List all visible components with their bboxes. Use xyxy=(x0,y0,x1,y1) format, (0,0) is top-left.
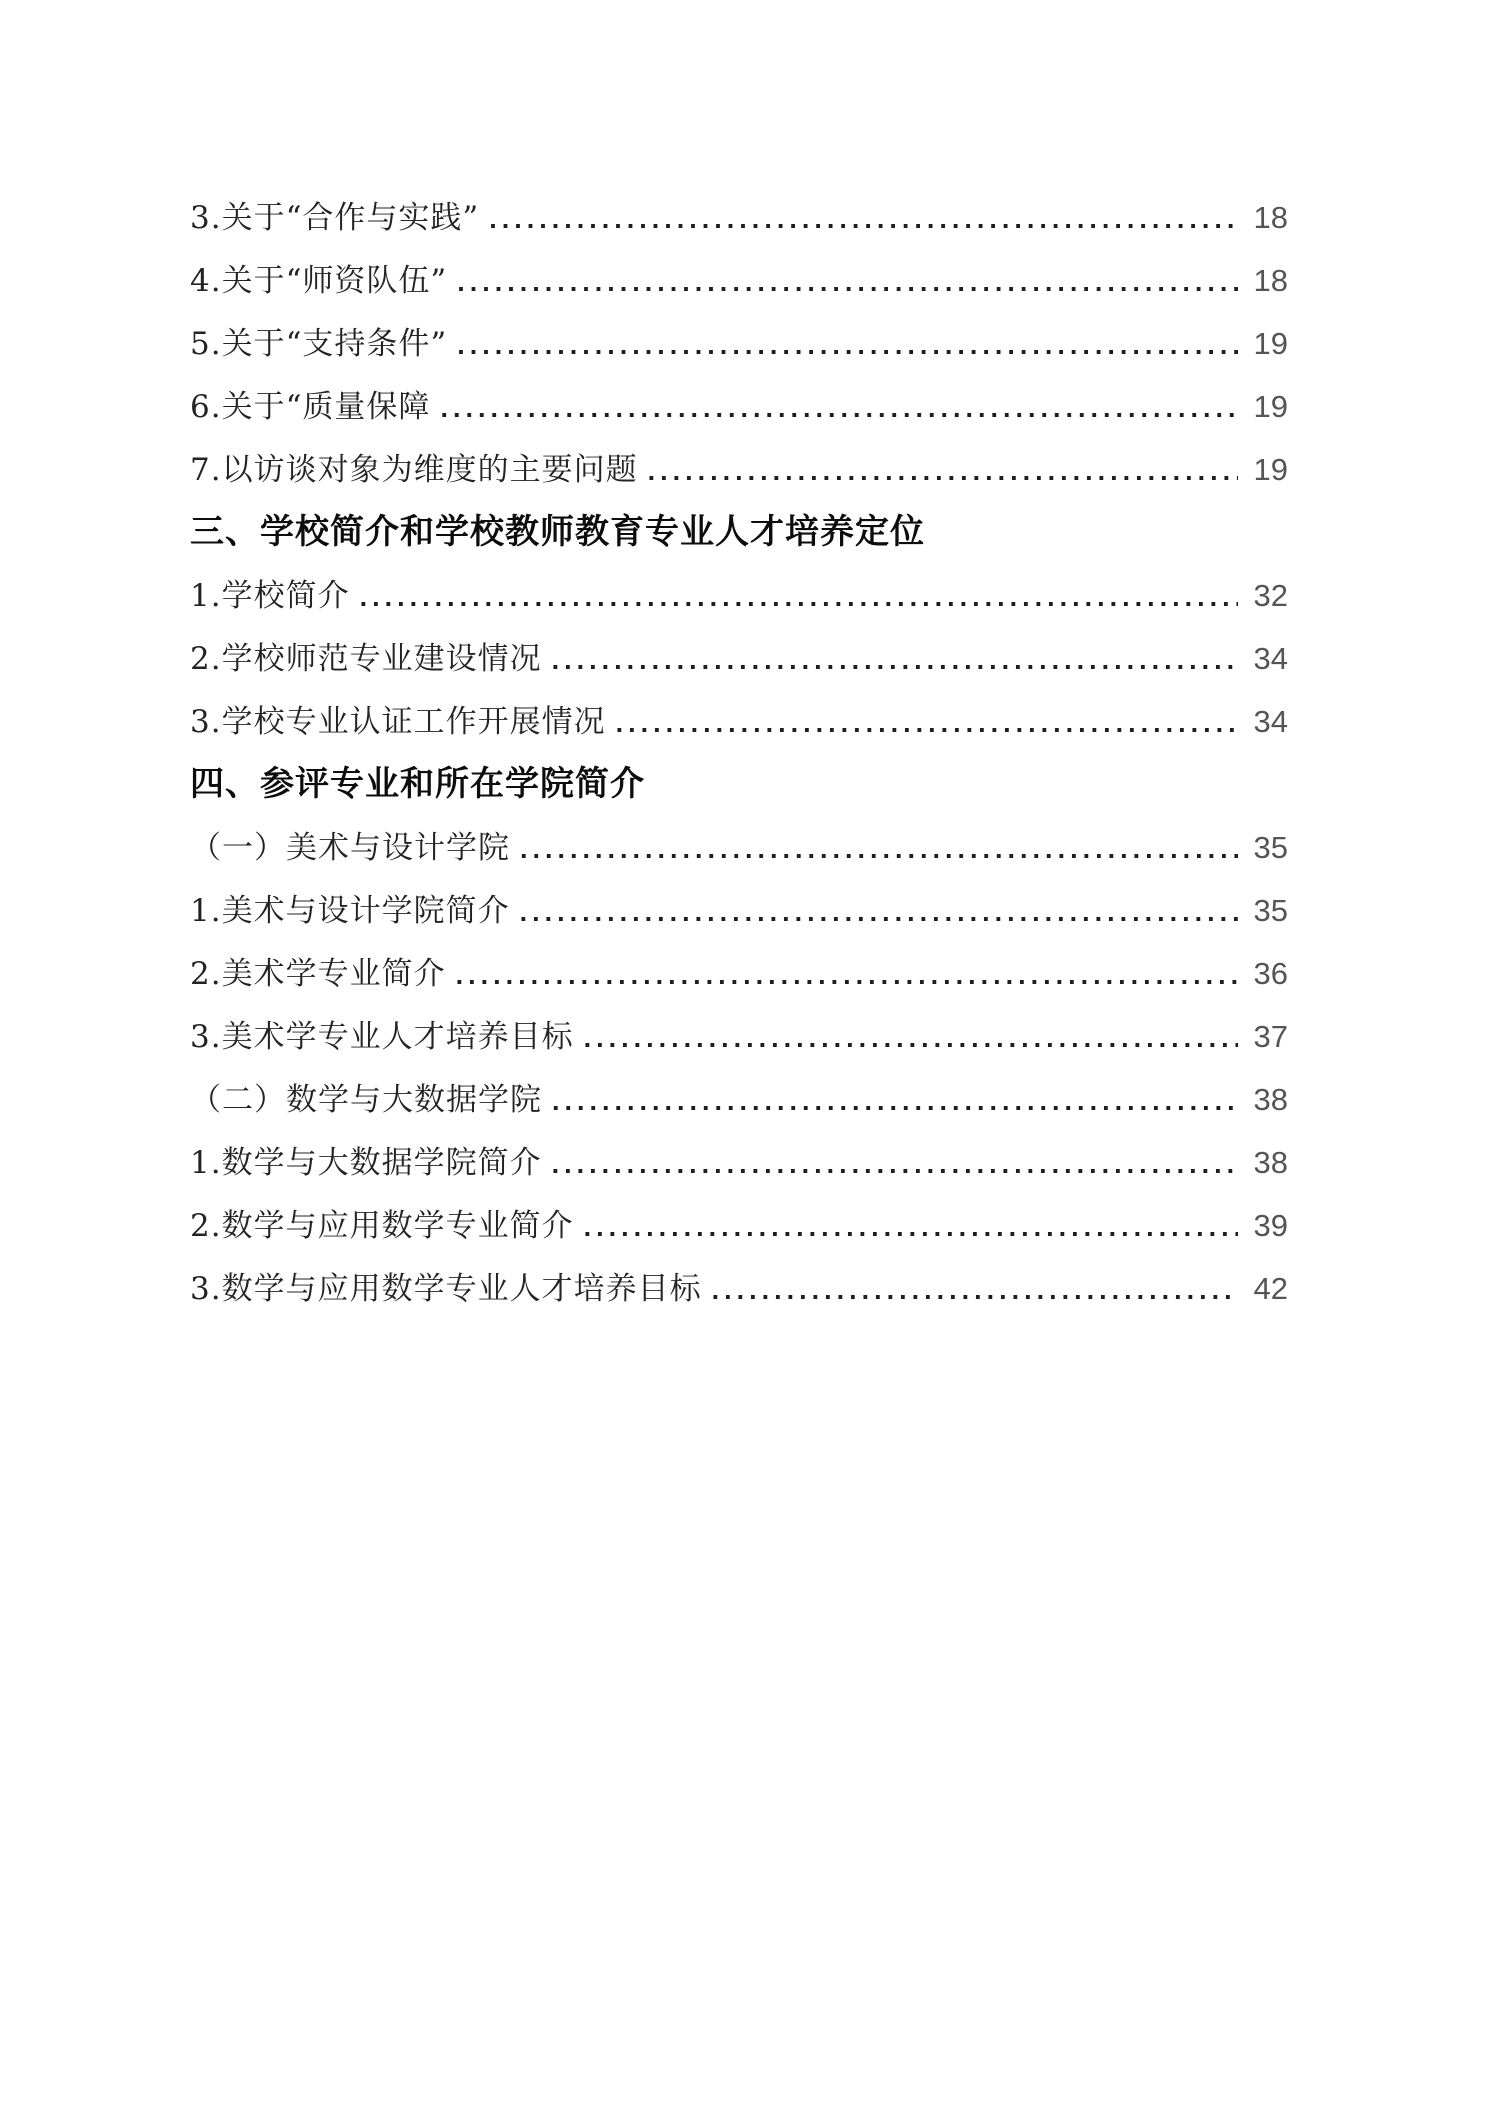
toc-entry-label: 1.学校简介 xyxy=(190,565,350,628)
dot-leader: ........................................… xyxy=(520,881,1238,944)
dot-leader: ........................................… xyxy=(457,251,1238,314)
dot-leader: ........................................… xyxy=(552,629,1238,692)
toc-entry: 6.关于“质量保障...............................… xyxy=(190,375,1288,438)
dot-leader: ........................................… xyxy=(489,188,1238,251)
toc-entry-label: （一）美术与设计学院 xyxy=(190,817,510,880)
toc-entry: （一）美术与设计学院..............................… xyxy=(190,816,1288,879)
toc-entry-label: 5.关于“支持条件” xyxy=(190,313,447,376)
toc-heading: 三、学校简介和学校教师教育专业人才培养定位 xyxy=(190,501,1288,564)
toc-entry: 5.关于“支持条件”..............................… xyxy=(190,312,1288,375)
toc-entry: 2.数学与应用数学专业简介...........................… xyxy=(190,1194,1288,1257)
page-number: 38 xyxy=(1244,1068,1288,1131)
toc-entry-label: 3.学校专业认证工作开展情况 xyxy=(190,691,606,754)
toc-entry: 3.学校专业认证工作开展情况..........................… xyxy=(190,690,1288,753)
page-number: 39 xyxy=(1244,1194,1288,1257)
page-number: 19 xyxy=(1244,438,1288,501)
toc-entry-label: 1.美术与设计学院简介 xyxy=(190,880,510,943)
dot-leader: ........................................… xyxy=(520,818,1238,881)
page-number: 18 xyxy=(1244,249,1288,312)
dot-leader: ........................................… xyxy=(552,1070,1238,1133)
toc-entry-label: 1.数学与大数据学院简介 xyxy=(190,1132,542,1195)
page-number: 38 xyxy=(1244,1131,1288,1194)
toc-entry-label: 2.数学与应用数学专业简介 xyxy=(190,1195,574,1258)
toc-entry-label: 2.学校师范专业建设情况 xyxy=(190,628,542,691)
dot-leader: ........................................… xyxy=(552,1133,1238,1196)
page-number: 35 xyxy=(1244,879,1288,942)
toc-entry: 1.学校简介..................................… xyxy=(190,564,1288,627)
toc-entry: （二）数学与大数据学院.............................… xyxy=(190,1068,1288,1131)
toc-entry: 3.数学与应用数学专业人才培养目标.......................… xyxy=(190,1257,1288,1320)
dot-leader: ........................................… xyxy=(712,1259,1238,1322)
document-page: 3.关于“合作与实践”.............................… xyxy=(0,0,1500,2122)
toc-entry-label: 3.关于“合作与实践” xyxy=(190,187,479,250)
page-number: 19 xyxy=(1244,375,1288,438)
page-number: 34 xyxy=(1244,627,1288,690)
page-number: 35 xyxy=(1244,816,1288,879)
toc-entry: 1.美术与设计学院简介.............................… xyxy=(190,879,1288,942)
toc-entry: 7.以访谈对象为维度的主要问题.........................… xyxy=(190,438,1288,501)
page-number: 34 xyxy=(1244,690,1288,753)
page-number: 37 xyxy=(1244,1005,1288,1068)
toc-entry-label: 7.以访谈对象为维度的主要问题 xyxy=(190,439,638,502)
dot-leader: ........................................… xyxy=(584,1196,1238,1259)
page-number: 19 xyxy=(1244,312,1288,375)
page-number: 32 xyxy=(1244,564,1288,627)
toc-entry: 1.数学与大数据学院简介............................… xyxy=(190,1131,1288,1194)
toc-entry-label: 6.关于“质量保障 xyxy=(190,376,430,439)
page-number: 42 xyxy=(1244,1257,1288,1320)
toc-entry-label: 4.关于“师资队伍” xyxy=(190,250,447,313)
toc-entry: 4.关于“师资队伍”..............................… xyxy=(190,249,1288,312)
dot-leader: ........................................… xyxy=(648,440,1238,503)
toc-heading-label: 四、参评专业和所在学院简介 xyxy=(190,753,645,816)
toc-list: 3.关于“合作与实践”.............................… xyxy=(190,186,1288,1320)
dot-leader: ........................................… xyxy=(456,944,1238,1007)
toc-entry: 2.美术学专业简介...............................… xyxy=(190,942,1288,1005)
toc-heading: 四、参评专业和所在学院简介 xyxy=(190,753,1288,816)
toc-entry: 2.学校师范专业建设情况............................… xyxy=(190,627,1288,690)
dot-leader: ........................................… xyxy=(616,692,1238,755)
toc-entry-label: 2.美术学专业简介 xyxy=(190,943,446,1006)
page-number: 36 xyxy=(1244,942,1288,1005)
toc-entry-label: （二）数学与大数据学院 xyxy=(190,1069,542,1132)
dot-leader: ........................................… xyxy=(584,1007,1238,1070)
dot-leader: ........................................… xyxy=(360,566,1238,629)
toc-entry: 3.美术学专业人才培养目标...........................… xyxy=(190,1005,1288,1068)
toc-entry-label: 3.美术学专业人才培养目标 xyxy=(190,1006,574,1069)
dot-leader: ........................................… xyxy=(457,314,1238,377)
page-number: 18 xyxy=(1244,186,1288,249)
dot-leader: ........................................… xyxy=(440,377,1238,440)
toc-entry: 3.关于“合作与实践”.............................… xyxy=(190,186,1288,249)
toc-entry-label: 3.数学与应用数学专业人才培养目标 xyxy=(190,1258,702,1321)
toc-heading-label: 三、学校简介和学校教师教育专业人才培养定位 xyxy=(190,501,925,564)
